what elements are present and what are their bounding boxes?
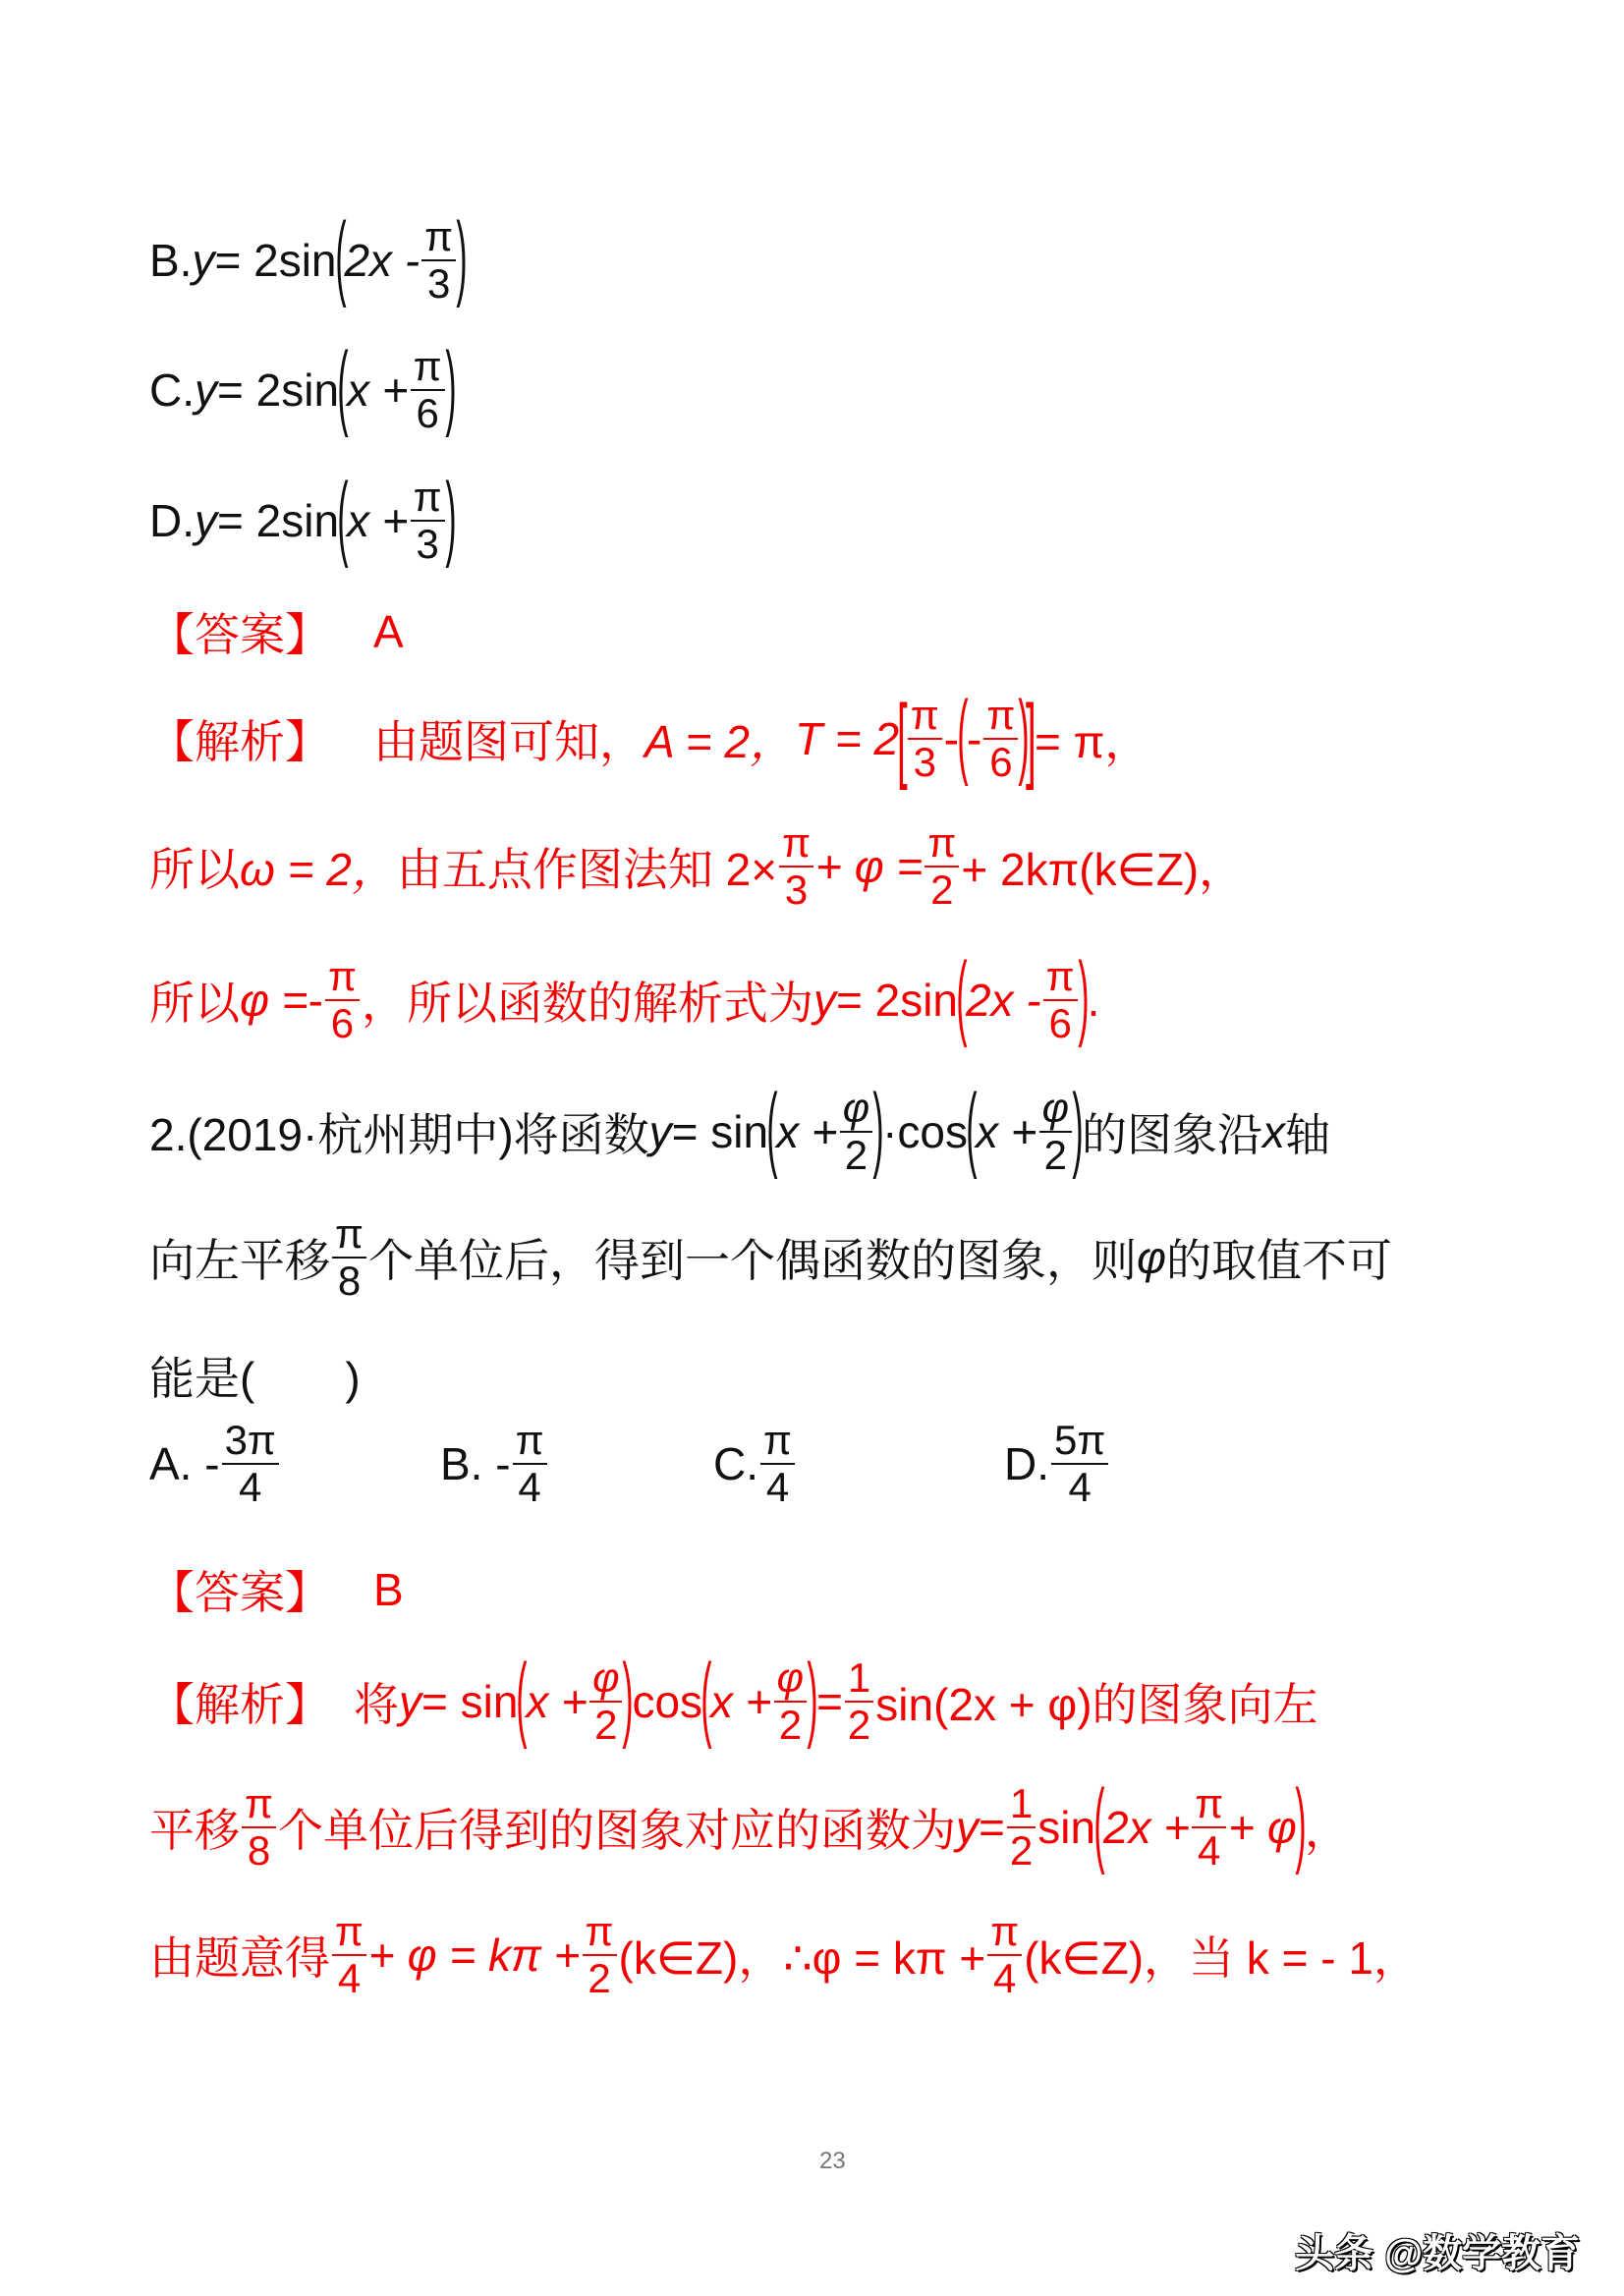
q2-stem-line-2: 向左平移 π8 个单位后，得到一个偶函数的图象，则 φ 的取值不可 xyxy=(149,1199,1392,1316)
text: ， xyxy=(1305,1795,1350,1860)
analysis-tag: 【解析】 xyxy=(149,1669,330,1734)
inner-expr: x + xyxy=(526,1675,588,1728)
text: (k∈Z)，当 k = - 1， xyxy=(1024,1923,1419,1988)
text: sin(2x + φ)的图象向左 xyxy=(875,1669,1317,1734)
left-paren: ( xyxy=(337,470,348,564)
period: T = 2 xyxy=(795,712,899,765)
text: = sin xyxy=(672,1105,768,1158)
var-x: x xyxy=(1262,1105,1285,1158)
text: + φ xyxy=(1228,1801,1297,1854)
text: + φ = xyxy=(815,840,923,893)
fraction: 3π4 xyxy=(222,1420,279,1508)
q2-answer: 【答案】 B xyxy=(149,1531,404,1649)
option-label: C. xyxy=(149,364,195,417)
left-paren: ( xyxy=(766,1081,777,1175)
q2-stem-line-1: 2.(2019·杭州期中)将函数 y = sin ( x + φ2 ) ·cos… xyxy=(149,1073,1330,1191)
text: = xyxy=(816,1675,843,1728)
text: 由题图可知， xyxy=(373,706,644,771)
right-paren: ) xyxy=(623,1651,634,1745)
fraction: π6 xyxy=(1043,956,1078,1044)
text: ·cos xyxy=(882,1105,968,1158)
fraction: π6 xyxy=(983,695,1018,783)
omega: ω = 2， xyxy=(240,834,397,899)
right-paren: ) xyxy=(445,339,456,433)
var-y: y xyxy=(956,1801,979,1854)
left-paren: ( xyxy=(337,339,348,433)
text: = π， xyxy=(1035,706,1149,771)
inner-expr: 2x + xyxy=(1103,1801,1190,1854)
q2-analysis-line-1: 【解析】 将 y = sin ( x + φ2 ) cos ( x + φ2 )… xyxy=(149,1643,1318,1761)
option-b-q1: B. y = 2sin ( 2x - π3 ) xyxy=(149,201,466,319)
text: = sin xyxy=(421,1675,518,1728)
left-paren: ( xyxy=(957,688,968,782)
q1-analysis-line-2: 所以 ω = 2， 由五点作图法知 2× π3 + φ = π2 + 2kπ(k… xyxy=(149,808,1244,925)
text: 将 xyxy=(354,1669,399,1734)
text: cos xyxy=(632,1675,702,1728)
fraction: π3 xyxy=(411,476,445,565)
text: 的图象沿 xyxy=(1082,1099,1262,1164)
inner-expr: x + xyxy=(347,364,409,417)
left-paren: ( xyxy=(517,1651,528,1745)
var-y: y xyxy=(195,494,217,547)
answer-tag: 【答案】 xyxy=(149,1557,330,1622)
q2-option-b: B. - π4 xyxy=(440,1420,549,1508)
text: 个单位后得到的图象对应的函数为 xyxy=(278,1795,956,1860)
fraction: 12 xyxy=(845,1657,873,1746)
fraction: φ2 xyxy=(774,1657,807,1746)
phi: φ xyxy=(1137,1231,1166,1284)
equals-2sin: = 2sin xyxy=(217,494,339,547)
option-label: C. xyxy=(713,1437,758,1490)
text: 向左平移 xyxy=(149,1225,330,1290)
right-paren: ) xyxy=(445,470,456,564)
inner-expr: x + xyxy=(776,1105,838,1158)
text: 的取值不可 xyxy=(1166,1225,1392,1290)
left-paren: ( xyxy=(966,1081,977,1175)
minus: - xyxy=(967,712,981,765)
fraction: π4 xyxy=(513,1420,547,1508)
left-bracket: [ xyxy=(897,692,908,786)
option-label: B. - xyxy=(440,1437,511,1490)
text: 由五点作图法知 2× xyxy=(397,834,777,899)
amplitude: A = 2， xyxy=(644,706,795,771)
answer-value: A xyxy=(373,605,404,658)
fraction: π4 xyxy=(1192,1783,1226,1872)
text: 2.(2019·杭州期中)将函数 xyxy=(149,1099,649,1164)
q2-option-c: C. π4 xyxy=(713,1420,797,1508)
q1-analysis-line-3: 所以 φ = - π6 ，所以函数的解析式为 y = 2sin ( 2x - π… xyxy=(149,941,1099,1059)
text: 所以 xyxy=(149,834,240,899)
fraction: φ2 xyxy=(589,1657,622,1746)
inner-expr: x + xyxy=(976,1105,1037,1158)
fraction: π8 xyxy=(332,1213,366,1302)
fraction: 12 xyxy=(1007,1783,1036,1872)
text: 轴 xyxy=(1285,1099,1330,1164)
inner-expr: 2x - xyxy=(344,234,420,287)
q1-answer: 【答案】 A xyxy=(149,573,404,691)
text: 平移 xyxy=(149,1795,240,1860)
text: = xyxy=(979,1801,1005,1854)
right-paren: ) xyxy=(457,209,468,304)
minus: - xyxy=(308,974,323,1027)
analysis-tag: 【解析】 xyxy=(149,706,330,771)
right-paren: ) xyxy=(1078,949,1089,1043)
right-paren: ) xyxy=(1072,1081,1083,1175)
q2-option-d: D. 5π4 xyxy=(1004,1420,1110,1508)
answer-value: B xyxy=(373,1563,404,1616)
fraction: φ2 xyxy=(1039,1088,1072,1176)
text: 个单位后，得到一个偶函数的图象，则 xyxy=(368,1225,1137,1290)
var-y: y xyxy=(649,1105,672,1158)
equals-2sin: = 2sin xyxy=(214,234,336,287)
option-label: D. xyxy=(149,494,195,547)
text: + 2kπ(k∈Z)， xyxy=(961,834,1244,899)
right-paren: ) xyxy=(807,1651,817,1745)
right-paren: ) xyxy=(1295,1776,1306,1871)
right-bracket: ] xyxy=(1026,692,1036,786)
inner-expr: x + xyxy=(710,1675,772,1728)
fraction: π6 xyxy=(325,956,360,1044)
q2-analysis-line-3: 由题意得 π4 + φ = kπ + π2 (k∈Z)，∴φ = kπ + π4… xyxy=(149,1896,1419,2014)
var-y: y xyxy=(195,364,217,417)
fraction: φ2 xyxy=(840,1088,872,1176)
text: 由题意得 xyxy=(149,1923,330,1988)
fraction: π4 xyxy=(760,1420,795,1508)
equals-2sin: = 2sin xyxy=(217,364,339,417)
right-paren: ) xyxy=(873,1081,884,1175)
fraction: π2 xyxy=(583,1911,617,1999)
fraction: π3 xyxy=(779,822,813,911)
left-paren: ( xyxy=(956,949,967,1043)
option-d-q1: D. y = 2sin ( x + π3 ) xyxy=(149,462,455,580)
inner-expr: x + xyxy=(347,494,409,547)
answer-tag: 【答案】 xyxy=(149,599,330,664)
option-label: A. - xyxy=(149,1437,220,1490)
inner-expr: 2x - xyxy=(966,974,1041,1027)
fraction: π8 xyxy=(242,1783,276,1872)
text: = 2sin xyxy=(836,974,958,1027)
fraction: π3 xyxy=(421,216,456,305)
option-label: D. xyxy=(1004,1437,1049,1490)
left-paren: ( xyxy=(335,209,346,304)
fraction: π4 xyxy=(332,1911,366,1999)
phi: φ = xyxy=(240,974,308,1027)
var-y: y xyxy=(399,1675,421,1728)
left-paren: ( xyxy=(1093,1776,1104,1871)
watermark: 头条 @数学教育 xyxy=(1295,2222,1580,2278)
option-c-q1: C. y = 2sin ( x + π6 ) xyxy=(149,331,455,449)
q2-analysis-line-2: 平移 π8 个单位后得到的图象对应的函数为 y = 12 sin ( 2x + … xyxy=(149,1768,1350,1886)
q2-option-a: A. - 3π4 xyxy=(149,1420,281,1508)
option-label: B. xyxy=(149,234,192,287)
text: 能是( ) xyxy=(149,1343,361,1408)
var-y: y xyxy=(813,974,836,1027)
fraction: π2 xyxy=(924,822,959,911)
fraction: π4 xyxy=(987,1911,1022,1999)
page-number: 23 xyxy=(819,2148,846,2175)
text: sin xyxy=(1037,1801,1095,1854)
fraction: 5π4 xyxy=(1051,1420,1108,1508)
text: + φ = kπ + xyxy=(368,1929,581,1982)
var-y: y xyxy=(192,234,214,287)
q1-analysis-line-1: 【解析】 由题图可知， A = 2， T = 2 [ π3 - ( - π6 )… xyxy=(149,680,1149,798)
left-paren: ( xyxy=(700,1651,711,1745)
fraction: π3 xyxy=(908,695,942,783)
text: (k∈Z)，∴φ = kπ + xyxy=(619,1923,986,1988)
fraction: π6 xyxy=(411,346,445,434)
text: ，所以函数的解析式为 xyxy=(362,968,813,1033)
text: 所以 xyxy=(149,968,240,1033)
